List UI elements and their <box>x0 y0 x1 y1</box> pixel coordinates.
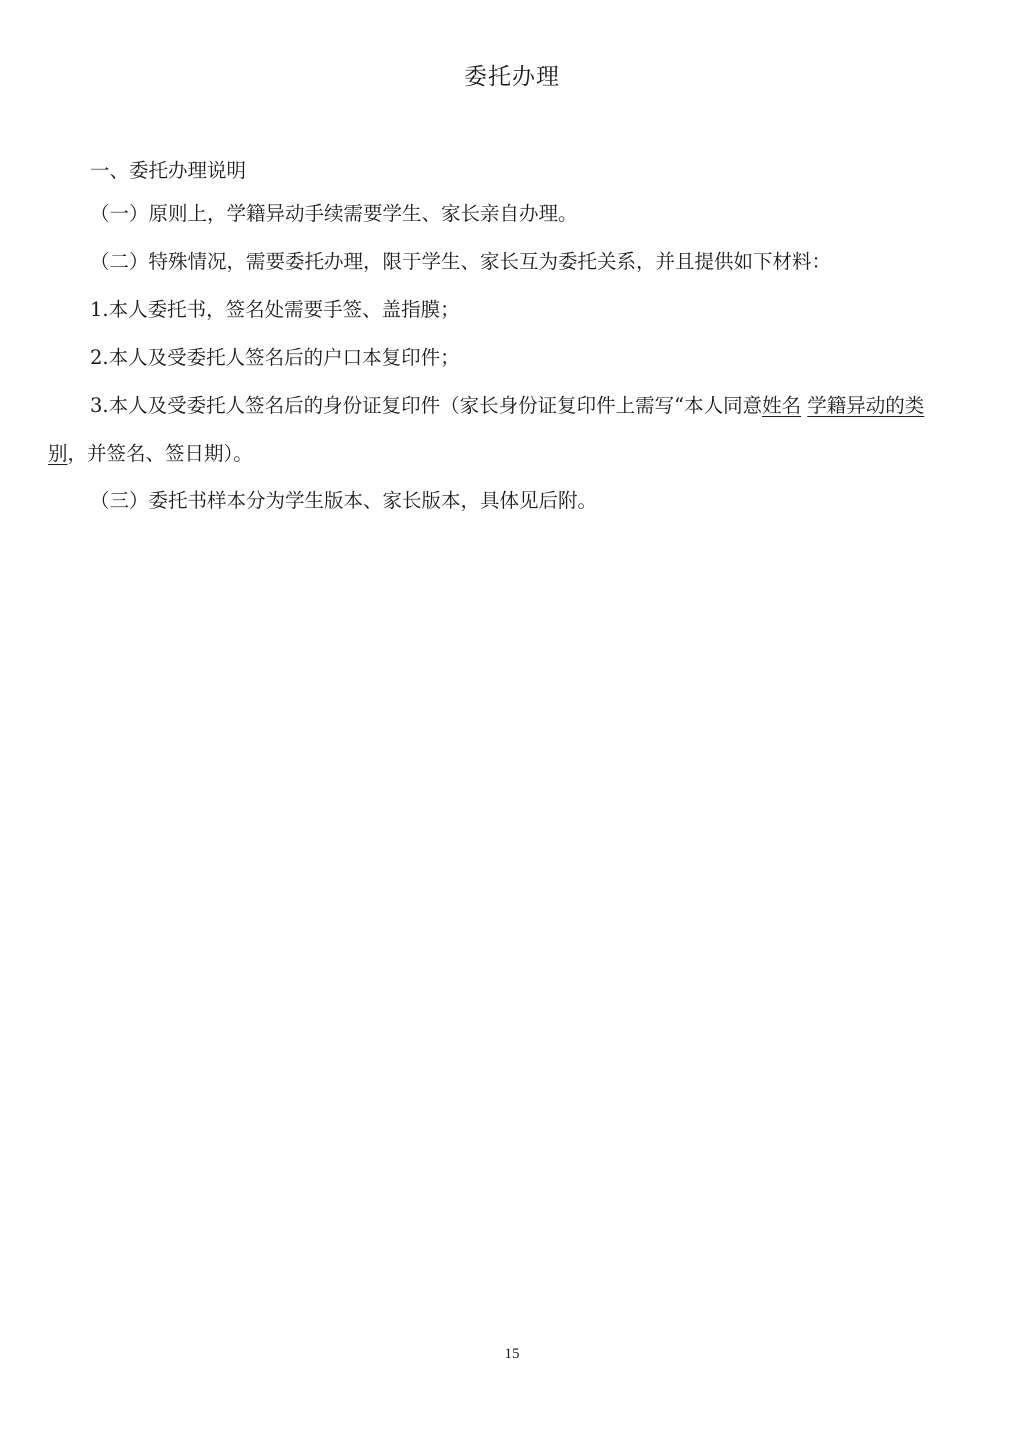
page-number: 15 <box>0 1344 1024 1364</box>
section-heading: 一、委托办理说明 <box>90 156 246 186</box>
underlined-change-type-placeholder-cont: 别 <box>48 442 68 465</box>
list-item-id-card-copy-line1: 3.本人及受委托人签名后的身份证复印件（家长身份证复印件上需写“本人同意姓名 学… <box>90 391 924 421</box>
paragraph-special-cases: （二）特殊情况，需要委托办理，限于学生、家长互为委托关系，并且提供如下材料： <box>90 247 831 277</box>
paragraph-principle: （一）原则上，学籍异动手续需要学生、家长亲自办理。 <box>90 199 578 229</box>
list-item-household-register-copy: 2.本人及受委托人签名后的户口本复印件； <box>90 343 460 373</box>
underlined-change-type-placeholder: 学籍异动的类 <box>807 394 924 417</box>
list-item-authorization-letter: 1.本人委托书，签名处需要手签、盖指膜； <box>90 295 460 325</box>
id-card-copy-text-end: ，并签名、签日期）。 <box>68 442 253 465</box>
paragraph-sample-versions: （三）委托书样本分为学生版本、家长版本，具体见后附。 <box>90 486 597 516</box>
document-page: 委托办理 一、委托办理说明 （一）原则上，学籍异动手续需要学生、家长亲自办理。 … <box>0 0 1024 1447</box>
document-title: 委托办理 <box>0 60 1024 94</box>
underlined-name-placeholder: 姓名 <box>762 394 801 417</box>
list-item-id-card-copy-line2: 别，并签名、签日期）。 <box>48 439 253 469</box>
id-card-copy-text: 3.本人及受委托人签名后的身份证复印件（家长身份证复印件上需写“本人同意 <box>90 394 762 417</box>
